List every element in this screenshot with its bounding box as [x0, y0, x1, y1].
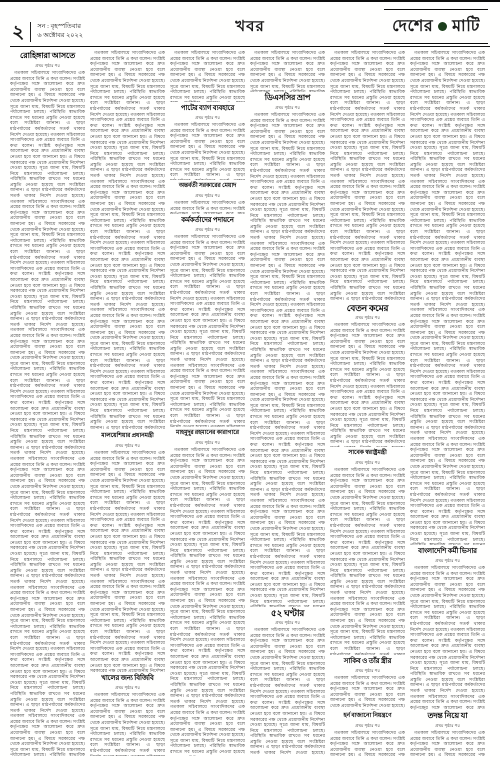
body-text-block: গতকাল সচিবালয়ে সাংবাদিকদের এক প্রশ্নের …: [10, 70, 85, 756]
story-continued-dateline: প্রথম পৃষ্ঠার পর: [330, 667, 405, 675]
story-continued-dateline: প্রথম পৃষ্ঠার পর: [250, 104, 325, 112]
newspaper-page: ২ সন : বৃহস্পতিবার ৬ অক্টোবর ২০২২ খবর দে…: [0, 0, 500, 768]
story-headline: তদন্ত নিয়ে যা: [410, 710, 485, 722]
news-column-6: গতকাল সচিবালয়ে সাংবাদিকদের এক প্রশ্নের …: [410, 50, 485, 756]
body-text-block: গতকাল সচিবালয়ে সাংবাদিকদের এক প্রশ্নের …: [330, 322, 405, 447]
story-headline: ৫২ ঘণ্টার: [250, 607, 325, 619]
story-continued-dateline: প্রথম পৃষ্ঠার পর: [170, 226, 245, 234]
story-headline: পাটের ব্যাগ ব্যবহারে: [170, 102, 245, 114]
masthead-logo: দেশের মাটি: [384, 9, 488, 44]
news-column-1: রোহিঙ্গারা আসতেপ্রথম পৃষ্ঠার পরগতকাল সচি…: [10, 50, 85, 756]
story-headline: কর্মকর্তাদের পদায়নে: [170, 214, 245, 226]
story-headline: সাবেক স্বরাষ্ট্রমন্ত্রী: [330, 447, 405, 459]
body-text-block: গতকাল সচিবালয়ে সাংবাদিকদের এক প্রশ্নের …: [250, 627, 325, 756]
body-text-block: গতকাল সচিবালয়ে সাংবাদিকদের এক প্রশ্নের …: [250, 50, 325, 92]
masthead-word-right: মাটি: [452, 13, 480, 40]
body-text-block: গতকাল সচিবালয়ে সাংবাদিকদের এক প্রশ্নের …: [170, 234, 245, 427]
story-continued-dateline: প্রথম পৃষ্ঠার পর: [250, 619, 325, 627]
body-text-block: গতকাল সচিবালয়ে সাংবাদিকদের এক প্রশ্নের …: [250, 112, 325, 607]
story-headline: রোহিঙ্গারা আসতে: [10, 50, 85, 62]
story-continued-dateline: প্রথম পৃষ্ঠার পর: [170, 114, 245, 122]
story-continued-dateline: প্রথম পৃষ্ঠার পর: [330, 722, 405, 730]
story-continued-dateline: প্রথম পৃষ্ঠার পর: [90, 684, 165, 692]
page-header: ২ সন : বৃহস্পতিবার ৬ অক্টোবর ২০২২ খবর দে…: [10, 14, 490, 47]
story-headline: অন্তর্বর্তী সরকারের মেয়াদ: [170, 180, 245, 192]
news-column-2: গতকাল সচিবালয়ে সাংবাদিকদের এক প্রশ্নের …: [90, 50, 165, 756]
body-text-block: গতকাল সচিবালয়ে সাংবাদিকদের এক প্রশ্নের …: [170, 50, 245, 102]
body-text-block: গতকাল সচিবালয়ে সাংবাদিকদের এক প্রশ্নের …: [330, 50, 405, 302]
news-column-5: গতকাল সচিবালয়ে সাংবাদিকদের এক প্রশ্নের …: [330, 50, 405, 756]
body-columns: রোহিঙ্গারা আসতেপ্রথম পৃষ্ঠার পরগতকাল সচি…: [10, 50, 490, 756]
body-text-block: গতকাল সচিবালয়ে সাংবাদিকদের এক প্রশ্নের …: [410, 50, 485, 545]
story-continued-dateline: প্রথম পৃষ্ঠার পর: [10, 62, 85, 70]
masthead-word-left: দেশের: [392, 13, 433, 40]
page-top-rule: [0, 0, 500, 2]
body-text-block: গতকাল সচিবালয়ে সাংবাদিকদের এক প্রশ্নের …: [410, 565, 485, 710]
story-continued-dateline: প্রথম পৃষ্ঠার পর: [410, 557, 485, 565]
story-headline: খালের জন্য বিজিবি: [90, 672, 165, 684]
story-headline: মালয়েশিয়ার প্রধানমন্ত্রী: [90, 430, 165, 442]
body-text-block: গতকাল সচিবালয়ে সাংবাদিকদের এক প্রশ্নের …: [330, 675, 405, 710]
story-headline: হর্ন বাজানো নিয়ন্ত্রণে: [330, 710, 405, 722]
story-headline: ডিএসসির ভ্রাপ: [250, 92, 325, 104]
story-headline: সাকিব ও তাঁর স্ত্রীর: [330, 655, 405, 667]
story-continued-dateline: প্রথম পৃষ্ঠার পর: [90, 442, 165, 450]
news-column-4: গতকাল সচিবালয়ে সাংবাদিকদের এক প্রশ্নের …: [250, 50, 325, 756]
story-continued-dateline: প্রথম পৃষ্ঠার পর: [330, 314, 405, 322]
body-text-block: গতকাল সচিবালয়ে সাংবাদিকদের এক প্রশ্নের …: [90, 692, 165, 756]
body-text-block: গতকাল সচিবালয়ে সাংবাদিকদের এক প্রশ্নের …: [90, 450, 165, 672]
story-headline: বেতন কমের: [330, 302, 405, 314]
story-continued-dateline: প্রথম পৃষ্ঠার পর: [170, 192, 245, 200]
story-continued-dateline: প্রথম পৃষ্ঠার পর: [170, 439, 245, 447]
body-text-block: গতকাল সচিবালয়ে সাংবাদিকদের এক প্রশ্নের …: [330, 467, 405, 655]
news-column-3: গতকাল সচিবালয়ে সাংবাদিকদের এক প্রশ্নের …: [170, 50, 245, 756]
body-text-block: গতকাল সচিবালয়ে সাংবাদিকদের এক প্রশ্নের …: [170, 200, 245, 214]
story-headline: মাহমুদুর রহমানের কারাগারে: [170, 427, 245, 439]
body-text-block: গতকাল সচিবালয়ে সাংবাদিকদের এক প্রশ্নের …: [410, 730, 485, 756]
body-text-block: গতকাল সচিবালয়ে সাংবাদিকদের এক প্রশ্নের …: [170, 122, 245, 180]
masthead-dot-icon: [438, 22, 447, 31]
body-text-block: গতকাল সচিবালয়ে সাংবাদিকদের এক প্রশ্নের …: [170, 447, 245, 756]
body-text-block: গতকাল সচিবালয়ে সাংবাদিকদের এক প্রশ্নের …: [330, 730, 405, 756]
body-text-block: গতকাল সচিবালয়ে সাংবাদিকদের এক প্রশ্নের …: [90, 50, 165, 430]
story-continued-dateline: প্রথম পৃষ্ঠার পর: [330, 459, 405, 467]
story-headline: বাংলাদেশি কর্মী ভিসার: [410, 545, 485, 557]
story-continued-dateline: প্রথম পৃষ্ঠার পর: [410, 722, 485, 730]
